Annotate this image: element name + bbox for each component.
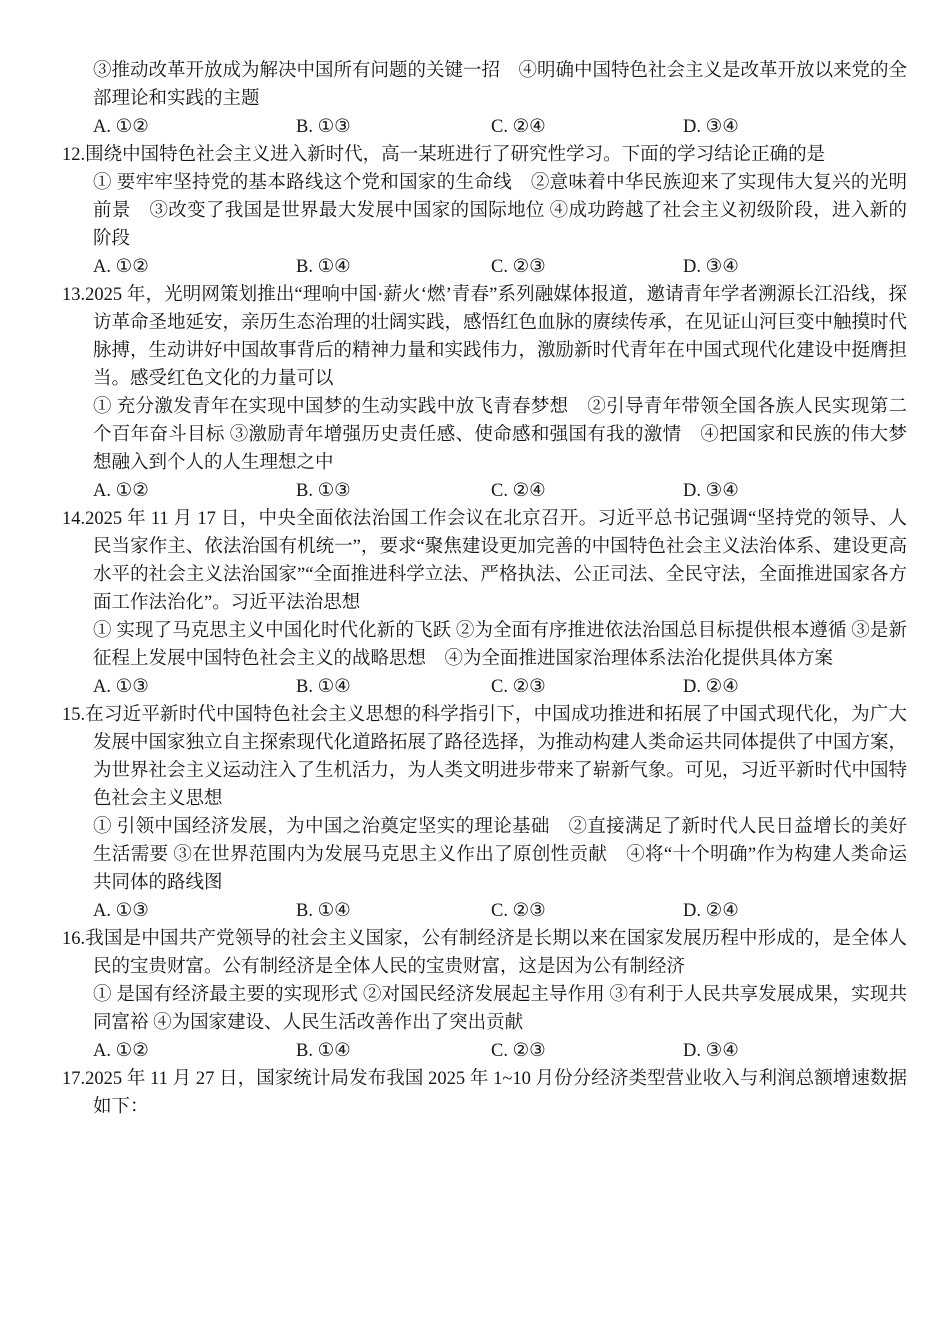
question-stem-text: 我国是中国共产党领导的社会主义国家，公有制经济是长期以来在国家发展历程中形成的，… [85,929,907,977]
option-a: A. ①③ [93,897,296,925]
option-d: D. ③④ [683,113,907,141]
options-row: A. ①② B. ①③ C. ②④ D. ③④ [62,477,907,505]
question-stem: 14.2025 年 11 月 17 日，中央全面依法治国工作会议在北京召开。习近… [62,505,907,617]
option-d: D. ③④ [683,477,907,505]
question-14: 14.2025 年 11 月 17 日，中央全面依法治国工作会议在北京召开。习近… [62,505,907,701]
question-number: 12. [62,145,85,165]
question-stem: 12.围绕中国特色社会主义进入新时代，高一某班进行了研究性学习。下面的学习结论正… [62,141,907,169]
option-b: B. ①④ [296,897,491,925]
options-row: A. ①③ B. ①④ C. ②③ D. ②④ [62,673,907,701]
question-number: 16. [62,929,85,949]
option-a: A. ①② [93,253,296,281]
question-items: ① 充分激发青年在实现中国梦的生动实践中放飞青春梦想 ②引导青年带领全国各族人民… [62,393,907,477]
options-row: A. ①② B. ①③ C. ②④ D. ③④ [62,113,907,141]
options-row: A. ①② B. ①④ C. ②③ D. ③④ [62,253,907,281]
option-c: C. ②④ [491,477,683,505]
question-number: 17. [62,1069,85,1089]
option-d: D. ②④ [683,673,907,701]
option-b: B. ①④ [296,673,491,701]
options-row: A. ①② B. ①④ C. ②③ D. ③④ [62,1037,907,1065]
option-d: D. ②④ [683,897,907,925]
question-number: 13. [62,285,85,305]
option-c: C. ②③ [491,897,683,925]
question-items: ① 引领中国经济发展，为中国之治奠定坚实的理论基础 ②直接满足了新时代人民日益增… [62,813,907,897]
page-content: ③推动改革开放成为解决中国所有问题的关键一招 ④明确中国特色社会主义是改革开放以… [62,57,907,1121]
option-b: B. ①③ [296,113,491,141]
option-a: A. ①② [93,477,296,505]
question-number: 14. [62,509,85,529]
question-stem-text: 在习近平新时代中国特色社会主义思想的科学指引下，中国成功推进和拓展了中国式现代化… [85,705,907,809]
question-items: ① 实现了马克思主义中国化时代化新的飞跃 ②为全面有序推进依法治国总目标提供根本… [62,617,907,673]
question-stem-text: 2025 年，光明网策划推出“理响中国·薪火‘燃’青春”系列融媒体报道，邀请青年… [85,285,907,389]
option-b: B. ①③ [296,477,491,505]
question-number: 15. [62,705,85,725]
option-b: B. ①④ [296,1037,491,1065]
question-11-continuation: ③推动改革开放成为解决中国所有问题的关键一招 ④明确中国特色社会主义是改革开放以… [62,57,907,141]
option-d: D. ③④ [683,253,907,281]
question-16: 16.我国是中国共产党领导的社会主义国家，公有制经济是长期以来在国家发展历程中形… [62,925,907,1065]
question-stem: 13.2025 年，光明网策划推出“理响中国·薪火‘燃’青春”系列融媒体报道，邀… [62,281,907,393]
question-stem: 16.我国是中国共产党领导的社会主义国家，公有制经济是长期以来在国家发展历程中形… [62,925,907,981]
question-stem-text: 2025 年 11 月 17 日，中央全面依法治国工作会议在北京召开。习近平总书… [85,509,907,613]
question-15: 15.在习近平新时代中国特色社会主义思想的科学指引下，中国成功推进和拓展了中国式… [62,701,907,925]
question-17: 17.2025 年 11 月 27 日，国家统计局发布我国 2025 年 1~1… [62,1065,907,1121]
option-a: A. ①② [93,1037,296,1065]
option-c: C. ②③ [491,253,683,281]
option-b: B. ①④ [296,253,491,281]
option-c: C. ②③ [491,673,683,701]
exam-page: ③推动改革开放成为解决中国所有问题的关键一招 ④明确中国特色社会主义是改革开放以… [0,0,950,1344]
question-text: ③推动改革开放成为解决中国所有问题的关键一招 ④明确中国特色社会主义是改革开放以… [62,57,907,113]
question-stem-text: 2025 年 11 月 27 日，国家统计局发布我国 2025 年 1~10 月… [85,1069,907,1117]
question-stem: 15.在习近平新时代中国特色社会主义思想的科学指引下，中国成功推进和拓展了中国式… [62,701,907,813]
option-c: C. ②④ [491,113,683,141]
question-stem: 17.2025 年 11 月 27 日，国家统计局发布我国 2025 年 1~1… [62,1065,907,1121]
option-a: A. ①③ [93,673,296,701]
option-a: A. ①② [93,113,296,141]
option-d: D. ③④ [683,1037,907,1065]
question-items: ① 要牢牢坚持党的基本路线这个党和国家的生命线 ②意味着中华民族迎来了实现伟大复… [62,169,907,253]
question-12: 12.围绕中国特色社会主义进入新时代，高一某班进行了研究性学习。下面的学习结论正… [62,141,907,281]
question-stem-text: 围绕中国特色社会主义进入新时代，高一某班进行了研究性学习。下面的学习结论正确的是 [85,145,825,165]
options-row: A. ①③ B. ①④ C. ②③ D. ②④ [62,897,907,925]
option-c: C. ②③ [491,1037,683,1065]
question-items: ① 是国有经济最主要的实现形式 ②对国民经济发展起主导作用 ③有利于人民共享发展… [62,981,907,1037]
question-13: 13.2025 年，光明网策划推出“理响中国·薪火‘燃’青春”系列融媒体报道，邀… [62,281,907,505]
